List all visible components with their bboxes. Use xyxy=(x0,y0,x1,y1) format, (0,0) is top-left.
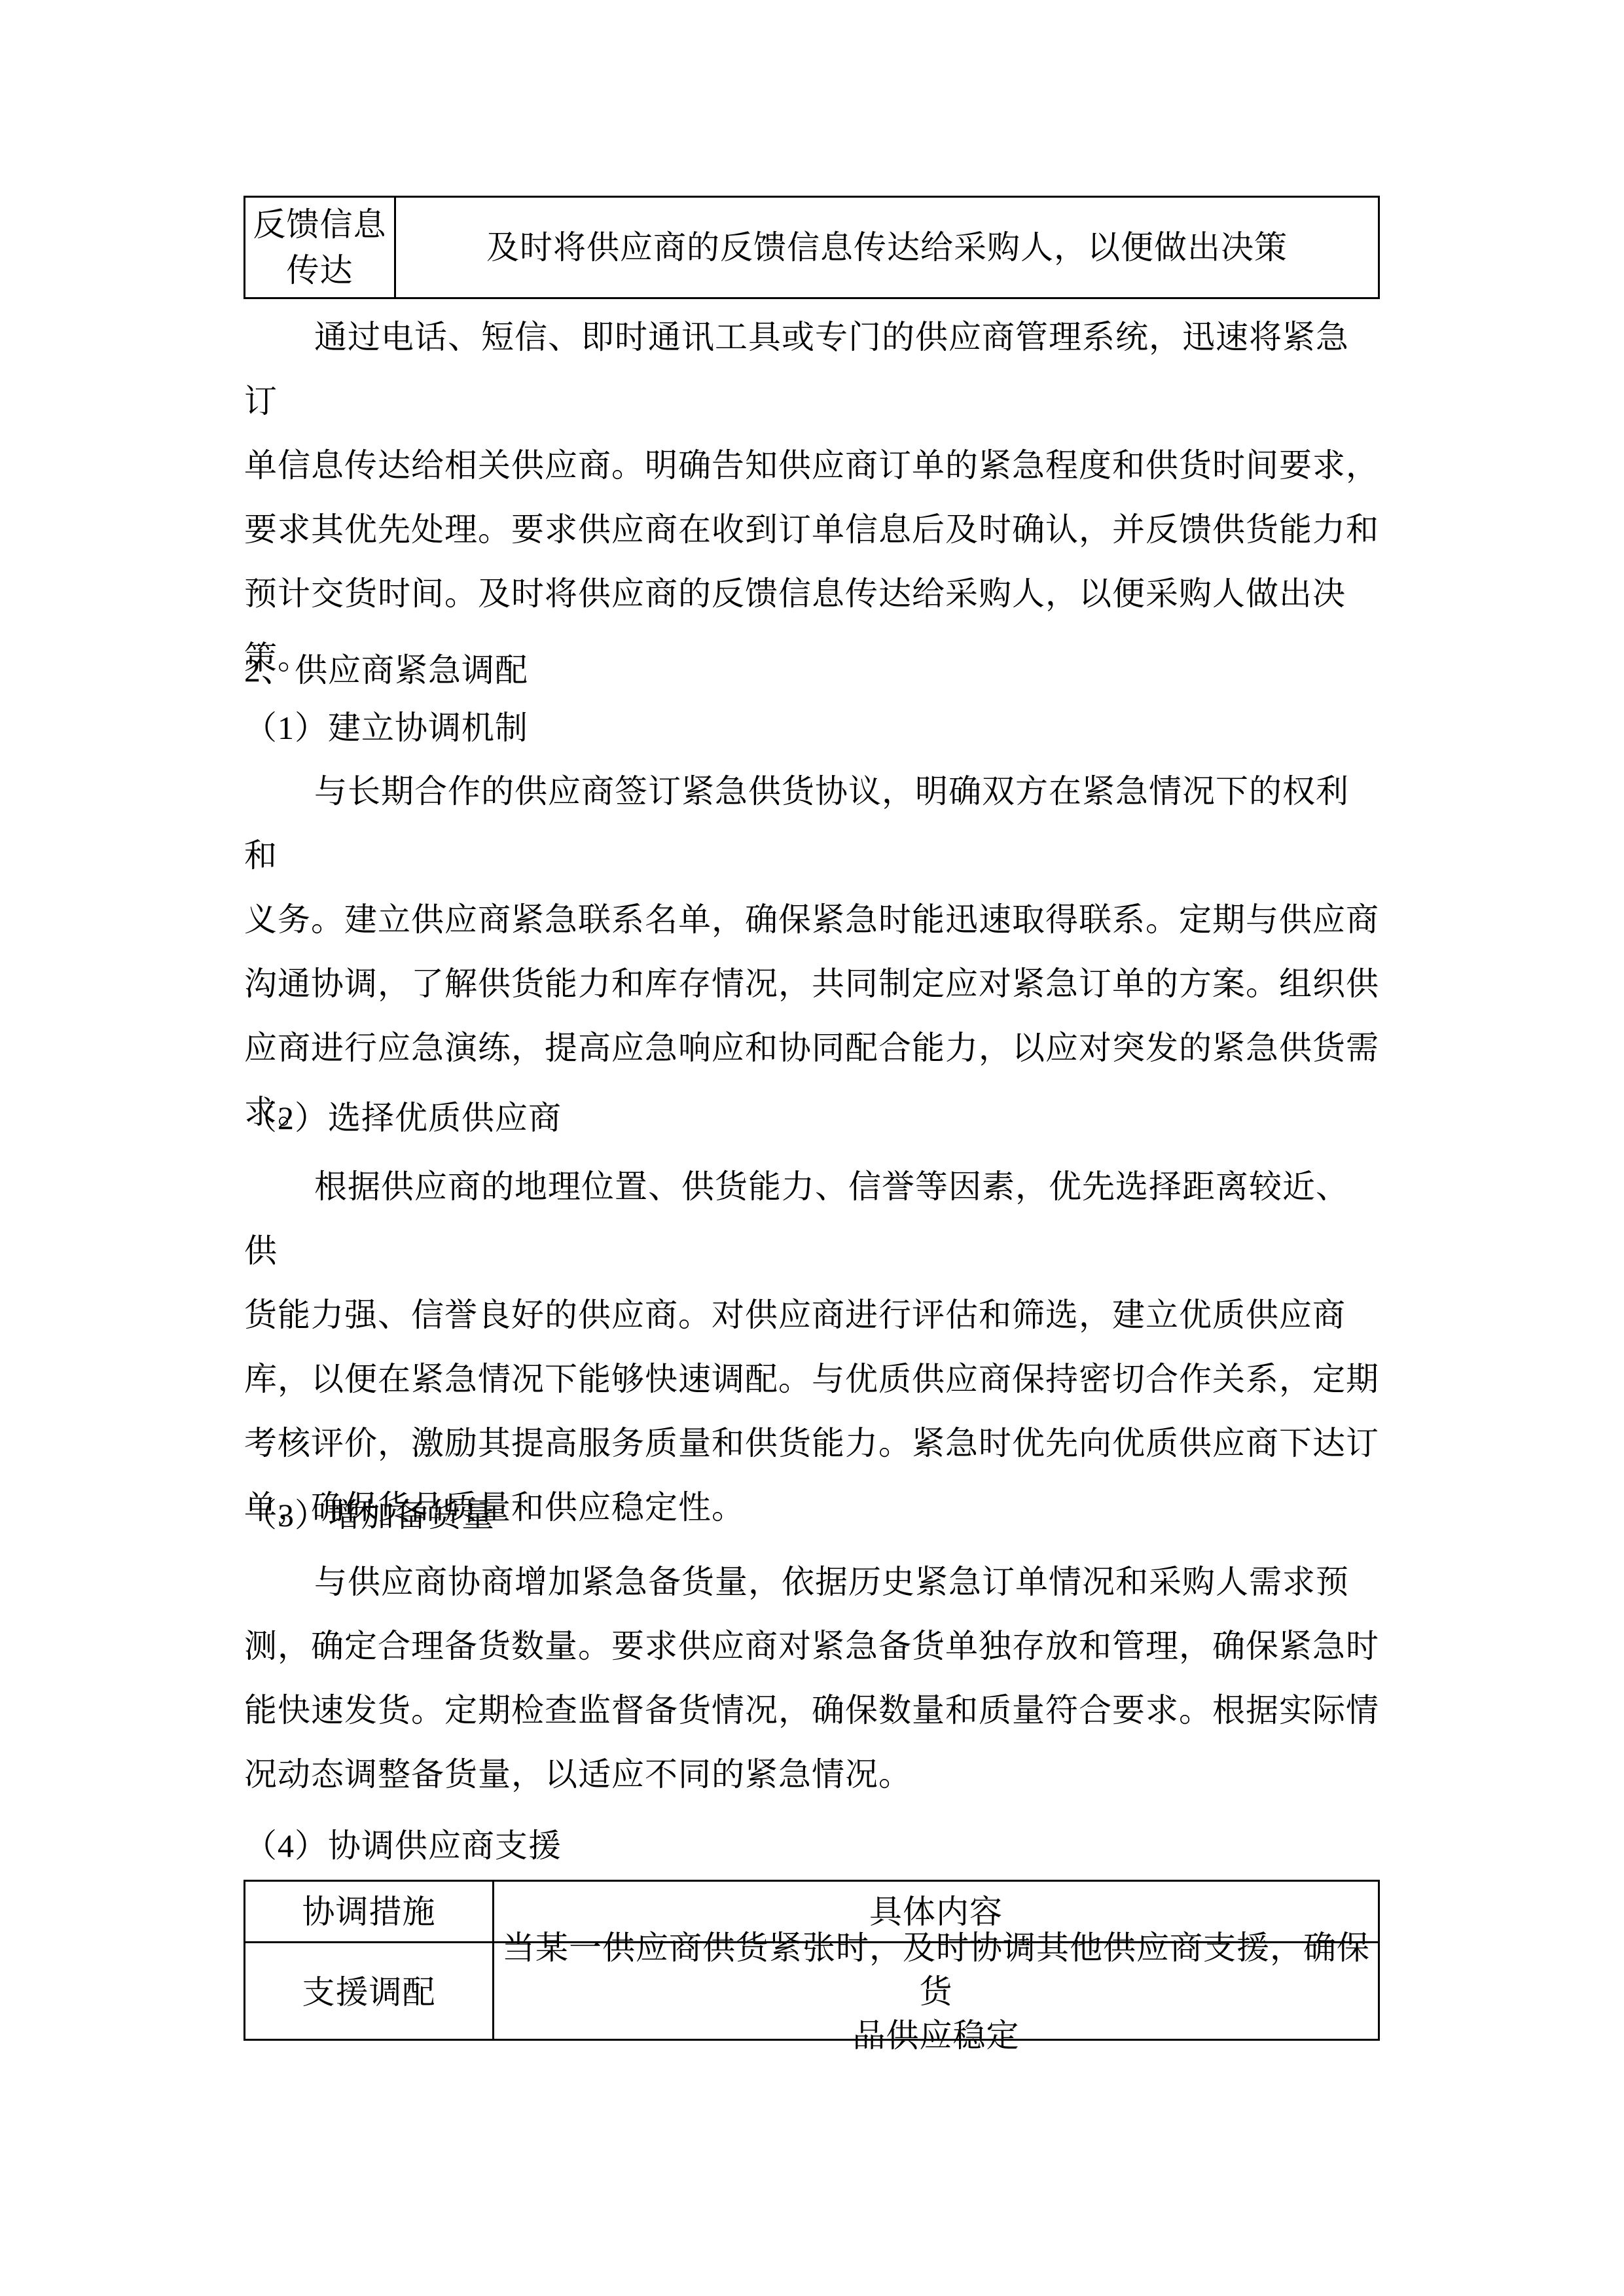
paragraph-quality-suppliers: 根据供应商的地理位置、供货能力、信誉等因素，优先选择距离较近、供 货能力强、信誉… xyxy=(244,1155,1381,1539)
heading-sub-2: （2）选择优质供应商 xyxy=(244,1100,1381,1136)
table-cell-content: 及时将供应商的反馈信息传达给采购人，以便做出决策 xyxy=(394,198,1378,297)
paragraph-stock-increase: 与供应商协商增加紧急备货量，依据历史紧急订单情况和采购人需求预 测，确定合理备货… xyxy=(244,1550,1381,1806)
document-page: 反馈信息 传达 及时将供应商的反馈信息传达给采购人，以便做出决策 通过电话、短信… xyxy=(0,0,1624,2296)
support-table: 协调措施 具体内容 支援调配 当某一供应商供货紧张时，及时协调其他供应商支援，确… xyxy=(244,1880,1380,2041)
heading-sub-4: （4）协调供应商支援 xyxy=(244,1827,1381,1864)
paragraph-coordination-mechanism: 与长期合作的供应商签订紧急供货协议，明确双方在紧急情况下的权利和 义务。建立供应… xyxy=(244,759,1381,1144)
heading-section-2: 2、供应商紧急调配 xyxy=(244,652,1381,689)
support-table-cell-content: 当某一供应商供货紧张时，及时协调其他供应商支援，确保货 品供应稳定 xyxy=(492,1943,1378,2041)
paragraph-order-communication: 通过电话、短信、即时通讯工具或专门的供应商管理系统，迅速将紧急订 单信息传达给相… xyxy=(244,305,1381,690)
heading-sub-1: （1）建立协调机制 xyxy=(244,709,1381,746)
table-cell-measure: 反馈信息 传达 xyxy=(245,198,394,297)
support-table-cell-measure: 支援调配 xyxy=(245,1943,492,2041)
table-row-feedback: 反馈信息 传达 及时将供应商的反馈信息传达给采购人，以便做出决策 xyxy=(245,198,1378,297)
support-table-data-row: 支援调配 当某一供应商供货紧张时，及时协调其他供应商支援，确保货 品供应稳定 xyxy=(245,1941,1378,2041)
support-table-header-measure: 协调措施 xyxy=(245,1882,492,1941)
heading-sub-3: （3）增加备货量 xyxy=(244,1497,1381,1534)
continued-table: 反馈信息 传达 及时将供应商的反馈信息传达给采购人，以便做出决策 xyxy=(244,196,1380,299)
